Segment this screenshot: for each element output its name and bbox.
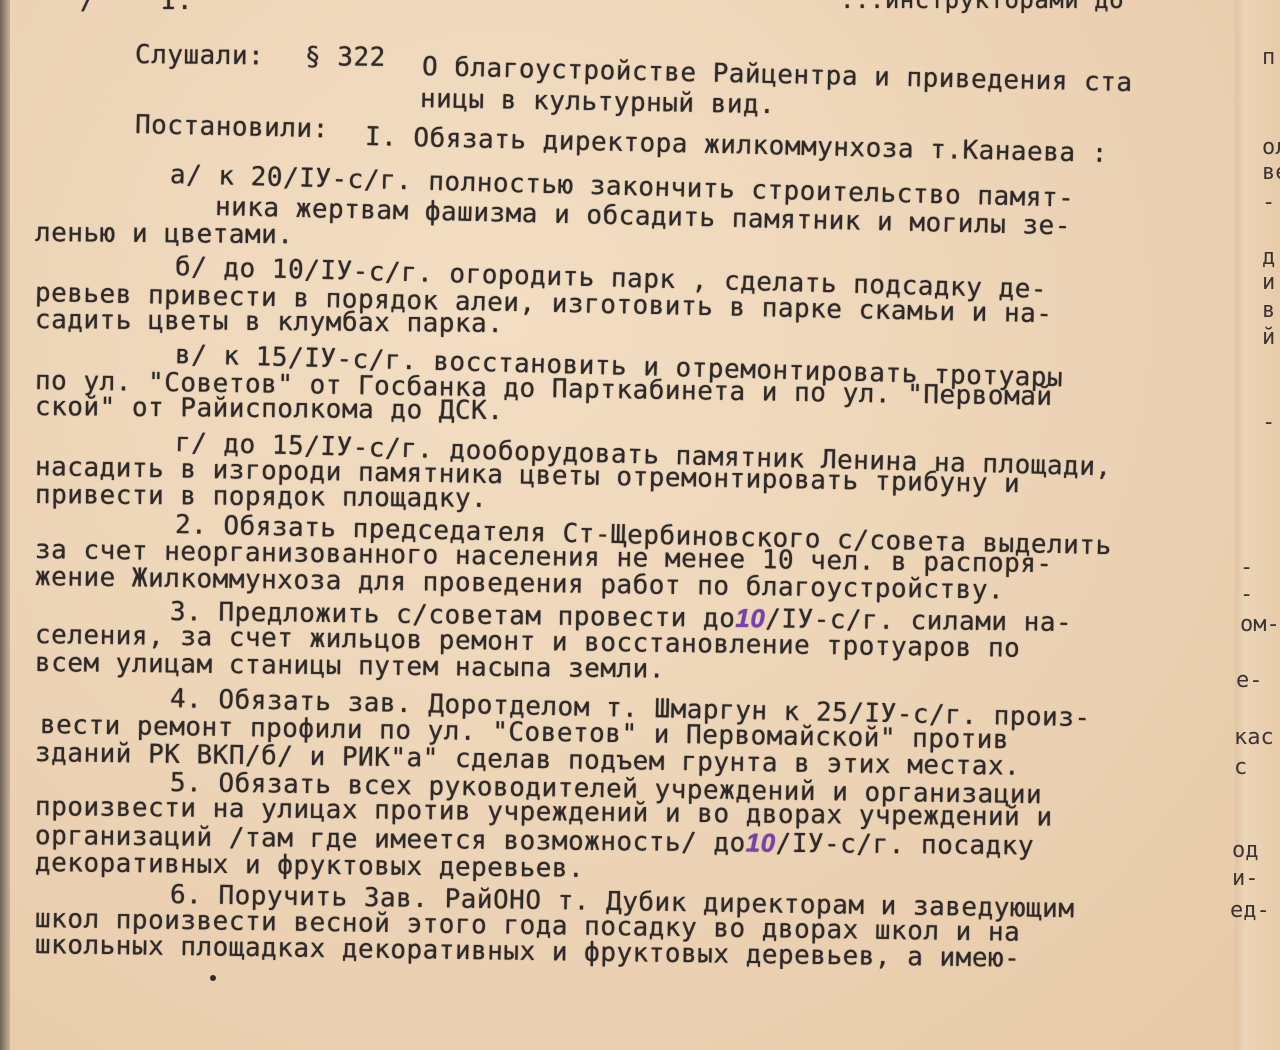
heard-title-line2: ницы в культурный вид. — [420, 84, 776, 120]
section-number: § 322 — [305, 42, 386, 73]
resolved-label: Постановили: — [135, 110, 329, 144]
item5-tail: /IУ-с/г. посадку — [775, 829, 1034, 862]
text-line: привести в порядок площадку. — [35, 480, 488, 514]
ink-dot — [210, 975, 216, 981]
handwritten-date: 10 — [735, 603, 765, 633]
header-fragment-left: / I. — [80, 0, 193, 16]
handwritten-date: 10 — [746, 827, 776, 857]
text-line: всем улицам станицы путем насыпа земли. — [35, 648, 665, 685]
document-page: / I. ...инструкторами до Слушали: § 322 … — [10, 0, 1235, 1050]
heard-label: Слушали: — [135, 40, 265, 71]
text-line: ской" от Райисполкома до ДСК. — [35, 392, 504, 426]
item1-intro: I. Обязать директора жилкоммунхоза т.Кан… — [365, 122, 1109, 169]
header-fragment: ...инструкторами до — [840, 0, 1124, 14]
text-line: садить цветы в клумбах парка. — [35, 305, 504, 339]
text-line: декоративных и фруктовых деревьев. — [35, 848, 585, 884]
text-line: ленью и цветами. — [35, 218, 294, 250]
